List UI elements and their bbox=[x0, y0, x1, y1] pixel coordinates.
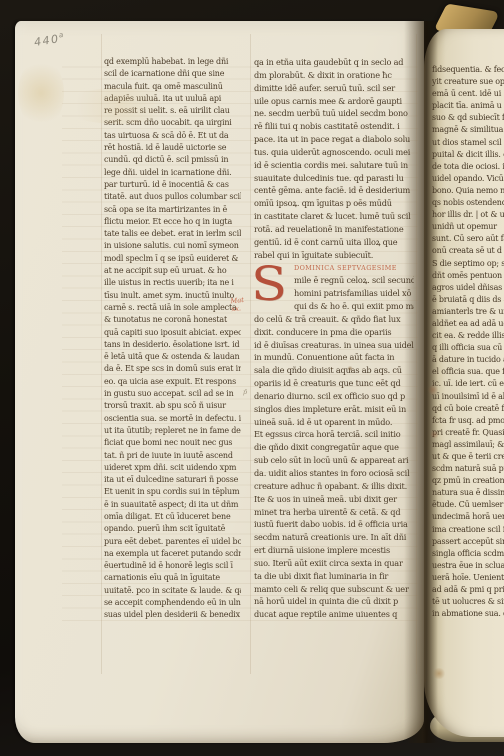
column-b-upper-lines: qa in etña uita gaudebūt q in seclo addm… bbox=[254, 56, 414, 262]
manuscript-photo: 440a qd exemplū habebat. in lege dñiscil… bbox=[0, 0, 504, 756]
manuscript-line: in abmatione sua. qd pls bbox=[432, 608, 504, 620]
manuscript-line: uestra ēue in sclua. do bbox=[432, 560, 504, 572]
manuscript-line: sala die qñdo diuisit aquas ab aqs. cū bbox=[254, 364, 414, 377]
manuscript-line: hor illis dr. | ot & uo bbox=[432, 209, 504, 221]
manuscript-line: tate talis ee debet. erat in ierlm scil bbox=[104, 228, 241, 240]
manuscript-line: q illi officia sua cū n bbox=[432, 342, 504, 354]
manuscript-line: ic. uī. ide iert. cū eo bbox=[432, 378, 504, 390]
manuscript-line: magnē & similitua bbox=[432, 124, 504, 136]
manuscript-line: da ē. Et spe scs in domū suis erat in bbox=[104, 363, 241, 375]
manuscript-line: scil de icarnatione dñi que sine bbox=[104, 68, 241, 80]
manuscript-line: ille uistus in rectis uuerib; ita ne i bbox=[104, 277, 241, 289]
manuscript-line: creature adhuc ñ opabant. & illis dixit. bbox=[254, 480, 414, 493]
manuscript-line: tas uirtuosa & scā dō ē. Et ut da bbox=[104, 130, 241, 142]
manuscript-line: omīa diligat. Et cū īduceret bene bbox=[104, 511, 241, 523]
manuscript-line: natura sua ē dissimilito bbox=[432, 487, 504, 499]
manuscript-line: tīsu inult. amet sym. inuctū inulto bbox=[104, 290, 241, 302]
manuscript-line: ficiat que bomi nec nouit nec gus bbox=[104, 437, 241, 449]
manuscript-line: pri creatē fr. Quasi dicet bbox=[432, 427, 504, 439]
septuagesima-section: S DOMINICA SEPTVAGESIME mile ē regnū cel… bbox=[254, 262, 414, 313]
manuscript-line: dixit. conducere in pma die opariis bbox=[254, 326, 414, 339]
manuscript-line: die qñdo dixit congregatūr aque que bbox=[254, 441, 414, 454]
red-initial-s: S bbox=[251, 261, 287, 308]
manuscript-line: S die septimo op; sui bbox=[432, 258, 504, 270]
manuscript-line: cit ea. & redde illis ra bbox=[432, 330, 504, 342]
manuscript-line: pura eēt debet. parentes eī uidel bo bbox=[104, 536, 241, 548]
manuscript-line: minet tra herba uirentē & cetā. & qd bbox=[254, 506, 414, 519]
manuscript-line: suo & qd subiecīt fac bbox=[432, 112, 504, 124]
manuscript-line: placit tīa. animā u bbox=[432, 100, 504, 112]
manuscript-line: uidel opando. Vicū bbox=[432, 173, 504, 185]
folio-number-superscript: a bbox=[58, 31, 65, 40]
margin-gospel-reference: Mat xx. bbox=[230, 296, 255, 313]
manuscript-line: tus. quia uiderūt agnoscendo. oculi mei bbox=[254, 146, 414, 159]
text-column-b: qa in etña uita gaudebūt q in seclo addm… bbox=[254, 56, 414, 621]
manuscript-line: ad adā & pmi q pri in c bbox=[432, 584, 504, 596]
manuscript-line: macula fuit. qa omē masculinū bbox=[104, 81, 241, 93]
manuscript-line: onū creata sē ut d bbox=[432, 245, 504, 257]
manuscript-line: in mundū. Conuentione aūt facta in bbox=[254, 351, 414, 364]
manuscript-line: agros uidel dñisas e bbox=[432, 282, 504, 294]
manuscript-line: uile opus carnis mee & ardorē gaupti bbox=[254, 95, 414, 108]
manuscript-line: scā opa se ita martirizantes in ē bbox=[104, 204, 241, 216]
manuscript-line: sub celo sūt in locū unū & appareat ari bbox=[254, 454, 414, 467]
manuscript-line: singlos dies impleture erāt. misit eū in bbox=[254, 403, 414, 416]
manuscript-line: uineā suā. id ē ut oparent in mūdo. bbox=[254, 416, 414, 429]
manuscript-line: ē bruiatā q diis ds a bbox=[432, 294, 504, 306]
manuscript-line: lege dñi. uidel in icarnatione dñi. bbox=[104, 167, 241, 179]
manuscript-line: qd cū boie creatē fr q bbox=[432, 403, 504, 415]
manuscript-line: ert diurnā uisione implere mcestis bbox=[254, 544, 414, 557]
manuscript-line: el officia sua. que fact bbox=[432, 366, 504, 378]
manuscript-line: dimitte idē aufer. seruū tuū. scil ser bbox=[254, 82, 414, 95]
manuscript-line: puital & dicit illis. e bbox=[432, 149, 504, 161]
manuscript-line: qd exemplū habebat. in lege dñi bbox=[104, 56, 241, 68]
text-column-a: qd exemplū habebat. in lege dñiscil de i… bbox=[104, 56, 241, 622]
manuscript-line: da. uidit alios stantes in foro ociosā s… bbox=[254, 467, 414, 480]
manuscript-line: secdm naturā creationis ure. In aīt dñi bbox=[254, 531, 414, 544]
manuscript-line: qui ds & ho ē. qui exiit pmo mane scil bbox=[294, 300, 414, 313]
manuscript-line: singla officia scdm na bbox=[432, 548, 504, 560]
manuscript-line: uuitatē. pco in scitate & laude. & qa bbox=[104, 585, 241, 597]
manuscript-line: suauitate dulcedinis tue. qd parasti lu bbox=[254, 172, 414, 185]
manuscript-line: ētude. Cū uemlser d bbox=[432, 499, 504, 511]
manuscript-line: ima creatione scil in se bbox=[432, 524, 504, 536]
manuscript-line: suo. Iterū aūt exiit circa sexta in quar bbox=[254, 557, 414, 570]
manuscript-line: ē letā uitā que & ostenda & laudan bbox=[104, 351, 241, 363]
manuscript-line: opariis id ē creaturis que tunc eēt qd bbox=[254, 377, 414, 390]
manuscript-line: tat. ñ pri de iuute in iuutē ascend bbox=[104, 450, 241, 462]
manuscript-line: centē gēma. ante faciē. id ē desiderium bbox=[254, 184, 414, 197]
manuscript-line: na exempla ut faceret putando scdm bbox=[104, 548, 241, 560]
manuscript-line: suas uidel plen desiderii & benedix bbox=[104, 609, 241, 621]
manuscript-line: ut dios stamel scil e bbox=[432, 137, 504, 149]
manuscript-line: id ē scientia cordis mei. salutare tuū i… bbox=[254, 159, 414, 172]
manuscript-line: qs nobis ostendendo a bbox=[432, 197, 504, 209]
manuscript-line: eo. qa uicia ase expuit. Et respons bbox=[104, 376, 241, 388]
manuscript-line: at ne accipit sup eū uruat. & ho bbox=[104, 265, 241, 277]
manuscript-line: do celū & trā creauit. & qñdo fiat lux bbox=[254, 313, 414, 326]
manuscript-line: pace. ita ut in pace regat a diabolo sol… bbox=[254, 133, 414, 146]
manuscript-line: mamto celi & reliq que subscunt & uer bbox=[254, 583, 414, 596]
manuscript-line: modl speclm ī q se ipsū euideret & custo bbox=[104, 253, 241, 265]
manuscript-line: se accepit compħendendo eū in ulnas bbox=[104, 597, 241, 609]
manuscript-line: trorsū traxit. ab spu scō ñ uisur bbox=[104, 400, 241, 412]
manuscript-line: opando. puerū ihm scit īguitatē bbox=[104, 523, 241, 535]
manuscript-line: in uisione salutis. cui nomī symeon bbox=[104, 240, 241, 252]
manuscript-line: in castitate claret & lucet. lumē tuū sc… bbox=[254, 210, 414, 223]
manuscript-line: scdm naturā suā pmū bbox=[432, 463, 504, 475]
manuscript-line: par turturū. id ē inocentiā & cas bbox=[104, 179, 241, 191]
manuscript-line: Et egssus circa horā terciā. scil initio bbox=[254, 428, 414, 441]
manuscript-line: dñt omēs pentuon s bbox=[432, 270, 504, 282]
manuscript-line: rotā. ad reuelationē in manifestatione bbox=[254, 223, 414, 236]
manuscript-line: aldñet ea ad adā uo bbox=[432, 318, 504, 330]
manuscript-line: Et uenit in spu cordis sui in tēplum bbox=[104, 486, 241, 498]
manuscript-line: ne. secdm uerbū tuū uidel secdm bono bbox=[254, 107, 414, 120]
manuscript-line: fcta fr usq. ad pmos bbox=[432, 415, 504, 427]
manuscript-line: adapiēs uuluā. ita ut uuluā api bbox=[104, 93, 241, 105]
manuscript-line: iustū fuerit dabo uobis. id ē officia ur… bbox=[254, 518, 414, 531]
manuscript-line: ut ita ūtutib; repleret ne in fame de bbox=[104, 425, 241, 437]
manuscript-line: uī inouilsimī id ē ab bbox=[432, 391, 504, 403]
manuscript-line: dm plorabūt. & dixit in oratione ħc bbox=[254, 69, 414, 82]
manuscript-line: rē filii tui q nobis castitatē ostendit.… bbox=[254, 120, 414, 133]
manuscript-line: Ite & uos in uineā meā. ubi dixit ger bbox=[254, 493, 414, 506]
manuscript-line: nā horū uidel in quinta die cū dixit p bbox=[254, 595, 414, 608]
manuscript-line: quā capiti suo iposuit abiciat. expec bbox=[104, 327, 241, 339]
manuscript-line: homini patrisfamilias uidel xō bbox=[294, 287, 414, 300]
manuscript-line: emā ū cent. idē ui bbox=[432, 88, 504, 100]
margin-correction-mark: p̄ bbox=[243, 388, 247, 396]
text-column-facing-page: fidsequentia. & fecuyit creature sue opi… bbox=[432, 64, 504, 620]
manuscript-line: yit creature sue opi bbox=[432, 76, 504, 88]
manuscript-line: gentiū. id ē cont carnū uita illoꝝ que bbox=[254, 236, 414, 249]
manuscript-line: amianterls tre & un bbox=[432, 306, 504, 318]
manuscript-line: id ē diuīsas creaturas. in uinea sua uid… bbox=[254, 339, 414, 352]
manuscript-line: sunt. Cū sero aūt fa bbox=[432, 233, 504, 245]
manuscript-line: de tota die ociosi. id ē bbox=[432, 161, 504, 173]
manuscript-line: omīū ipsoꝝ. qm īguitas p oēs mūdū bbox=[254, 197, 414, 210]
manuscript-line: flictu meior. Et ecce ho q in iugta bbox=[104, 216, 241, 228]
manuscript-line: mile ē regnū celoꝝ. scil secundm bbox=[294, 274, 414, 287]
manuscript-line: uerā hoīe. Uenientes. in bbox=[432, 572, 504, 584]
manuscript-line: ducat aque reptile anime uiuentes q bbox=[254, 608, 414, 621]
manuscript-line: in gustu suo accepat. scil ad se in bbox=[104, 388, 241, 400]
manuscript-line: ta die ubi dixit fiat luminaria in fir bbox=[254, 570, 414, 583]
manuscript-line: rēt hostiā. id ē laudē uictorie se bbox=[104, 142, 241, 154]
manuscript-line: denario diurno. scil ex officio suo qd p bbox=[254, 390, 414, 403]
manuscript-line: tans in desiderio. ēsolatione isrt. id bbox=[104, 339, 241, 351]
manuscript-line: ut & que ē terii creata bbox=[432, 451, 504, 463]
manuscript-line: oscientia sua. se mortē in defectu. i bbox=[104, 413, 241, 425]
manuscript-line: ēuertudinē id ē honorē legis scil ī bbox=[104, 560, 241, 572]
manuscript-line: passert accepūt singli bbox=[432, 536, 504, 548]
manuscript-line: bono. Quia nemo n bbox=[432, 185, 504, 197]
manuscript-line: ē in suauitatē aspect; di ita ut dñm bbox=[104, 499, 241, 511]
manuscript-line: titatē. aut duos pullos columbar scil bbox=[104, 191, 241, 203]
manuscript-line: magl assimilauī; & ro bbox=[432, 439, 504, 451]
column-b-lower-lines: do celū & trā creauit. & qñdo fiat luxdi… bbox=[254, 313, 414, 621]
manuscript-line: qz pmū in creatione bbox=[432, 475, 504, 487]
manuscript-line: uideret xpm dñi. scit uidendo xpm bbox=[104, 462, 241, 474]
manuscript-line: & tunotatus ne coronā honestat bbox=[104, 314, 241, 326]
manuscript-line: fidsequentia. & fecu bbox=[432, 64, 504, 76]
manuscript-line: unidñ ut opemur bbox=[432, 221, 504, 233]
manuscript-line: re possit si uelit. s. eā uirilit clau bbox=[104, 105, 241, 117]
manuscript-line: undecimā horā uenerat bbox=[432, 511, 504, 523]
manuscript-line: carnē s. rectā uiā in sole amplecta bbox=[104, 302, 241, 314]
manuscript-line: carnationis eīu quā in īguitate bbox=[104, 572, 241, 584]
manuscript-line: cundū. qd dictū ē. scil pmissū in bbox=[104, 154, 241, 166]
manuscript-line: ita ut eī dulcedine saturari ñ posse bbox=[104, 474, 241, 486]
manuscript-line: qa in etña uita gaudebūt q in seclo ad bbox=[254, 56, 414, 69]
manuscript-line: tē ut uolucres & simila bbox=[432, 596, 504, 608]
manuscript-line: ā dature in tucido ac bbox=[432, 354, 504, 366]
manuscript-line: serit. scm dño uocabit. qa uirgini bbox=[104, 117, 241, 129]
